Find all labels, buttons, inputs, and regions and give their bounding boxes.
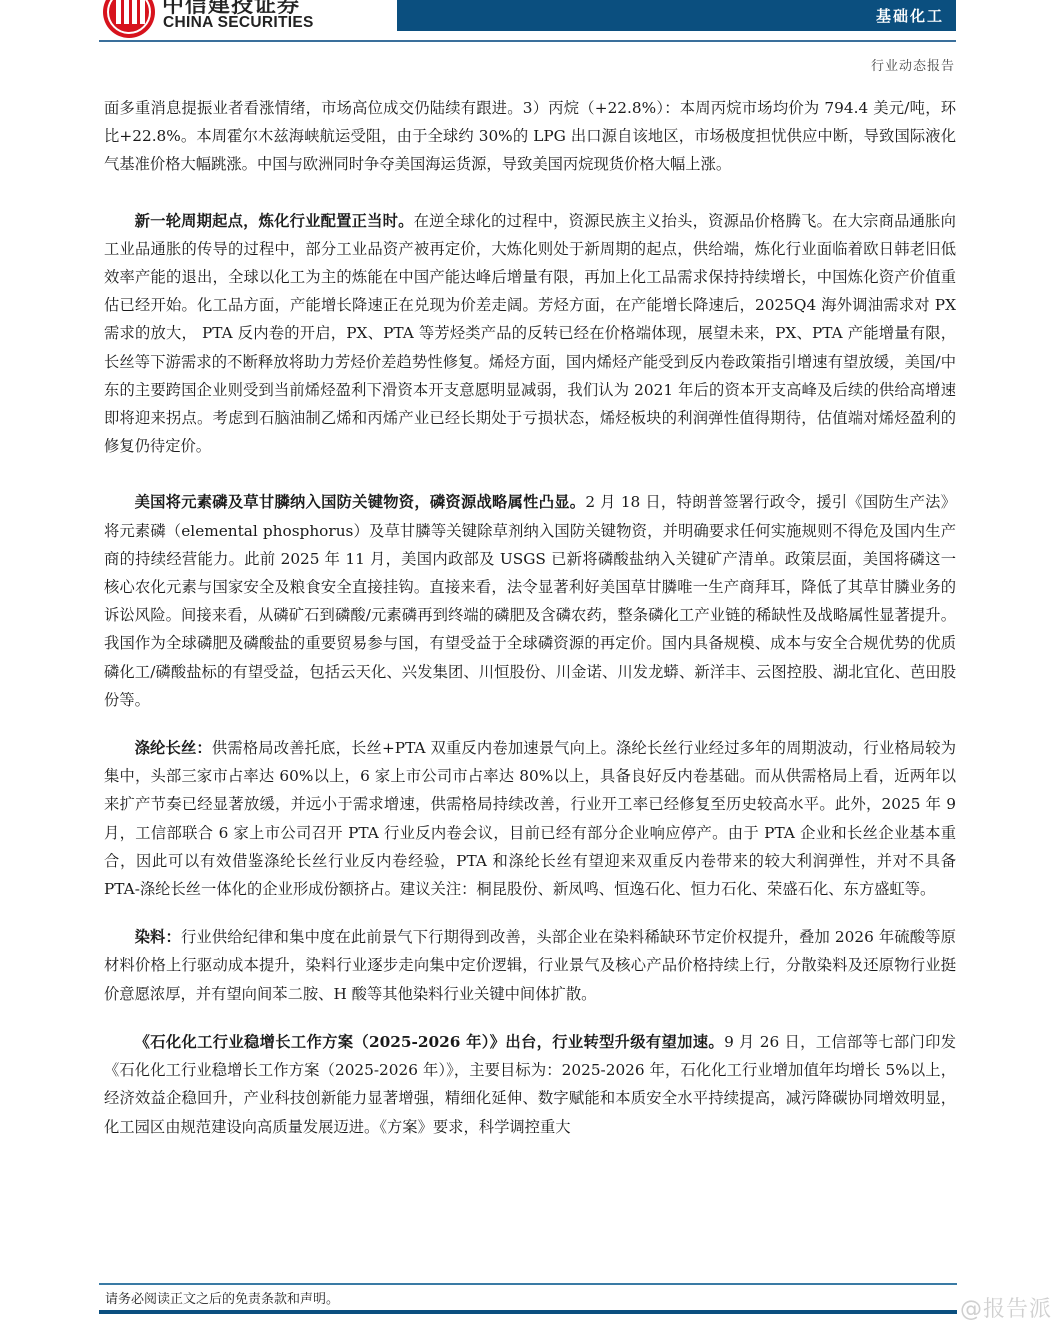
paragraph-text: 面多重消息提振业者看涨情绪，市场高位成交仍陆续有跟进。3）丙烷（+22.8%）：…	[104, 99, 956, 173]
paragraph-text: 2 月 18 日，特朗普签署行政令，援引《国防生产法》将元素磷（elementa…	[104, 493, 956, 708]
citic-logo-icon	[103, 0, 155, 38]
paragraph-text: 行业供给纪律和集中度在此前景气下行期得到改善，头部企业在染料稀缺环节定价权提升，…	[104, 928, 956, 1002]
sector-label: 基础化工	[876, 5, 944, 26]
paragraph-heading: 染料：	[135, 928, 181, 946]
paragraph-policy: 《石化化工行业稳增长工作方案（2025-2026 年）》出台，行业转型升级有望加…	[104, 1028, 956, 1141]
paragraph-heading: 美国将元素磷及草甘膦纳入国防关键物资，磷资源战略属性凸显。	[135, 493, 586, 511]
paragraph-refining: 新一轮周期起点，炼化行业配置正当时。在逆全球化的过程中，资源民族主义抬头，资源品…	[104, 207, 956, 461]
paragraph-dyes: 染料：行业供给纪律和集中度在此前景气下行期得到改善，头部企业在染料稀缺环节定价权…	[104, 923, 956, 1008]
header-divider	[99, 40, 956, 42]
watermark: @报告派	[960, 1292, 1052, 1320]
paragraph-phosphorus: 美国将元素磷及草甘膦纳入国防关键物资，磷资源战略属性凸显。2 月 18 日，特朗…	[104, 488, 956, 714]
report-body: 面多重消息提振业者看涨情绪，市场高位成交仍陆续有跟进。3）丙烷（+22.8%）：…	[104, 94, 956, 1141]
paragraph-text: 供需格局改善托底，长丝+PTA 双重反内卷加速景气向上。涤纶长丝行业经过多年的周…	[104, 739, 956, 898]
paragraph-propane: 面多重消息提振业者看涨情绪，市场高位成交仍陆续有跟进。3）丙烷（+22.8%）：…	[104, 94, 956, 179]
report-type: 行业动态报告	[871, 55, 955, 74]
footer-divider-top	[99, 1283, 957, 1285]
paragraph-text: 在逆全球化的过程中，资源民族主义抬头，资源品价格腾飞。在大宗商品通胀向工业品通胀…	[104, 212, 956, 456]
paragraph-heading: 《石化化工行业稳增长工作方案（2025-2026 年）》出台，行业转型升级有望加…	[135, 1033, 724, 1051]
paragraph-heading: 涤纶长丝：	[135, 739, 212, 757]
footer-divider-bottom	[99, 1310, 957, 1314]
brand-name-en: CHINA SECURITIES	[163, 14, 314, 32]
paragraph-polyester: 涤纶长丝：供需格局改善托底，长丝+PTA 双重反内卷加速景气向上。涤纶长丝行业经…	[104, 734, 956, 903]
disclaimer-text: 请务必阅读正文之后的免责条款和声明。	[105, 1288, 339, 1307]
sector-banner: 基础化工	[397, 0, 956, 31]
paragraph-heading: 新一轮周期起点，炼化行业配置正当时。	[135, 212, 414, 230]
